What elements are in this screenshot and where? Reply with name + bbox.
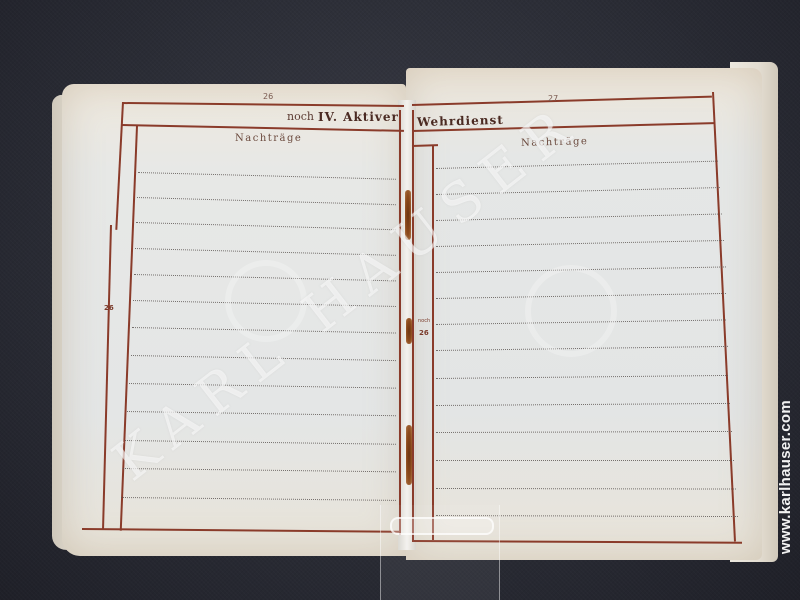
stand-slot xyxy=(390,517,494,535)
header-title-left: IV. Aktiver xyxy=(318,110,399,124)
entry-line xyxy=(436,460,734,461)
margin-note-noch: noch xyxy=(418,318,430,324)
section-label-nachtraege-left: Nachträge xyxy=(235,133,302,144)
header-title-right: Wehrdienst xyxy=(417,113,504,129)
website-url-watermark: www.karlhauser.com xyxy=(777,400,794,554)
margin-number-right: 26 xyxy=(419,329,429,337)
page-number-left: 26 xyxy=(263,92,273,101)
margin-number-left: 26 xyxy=(104,304,114,312)
right-inner-border xyxy=(412,110,414,540)
header-prefix-noch: noch xyxy=(287,110,314,123)
left-inner-border xyxy=(399,110,401,535)
emblem-wreath-watermark xyxy=(525,265,617,357)
